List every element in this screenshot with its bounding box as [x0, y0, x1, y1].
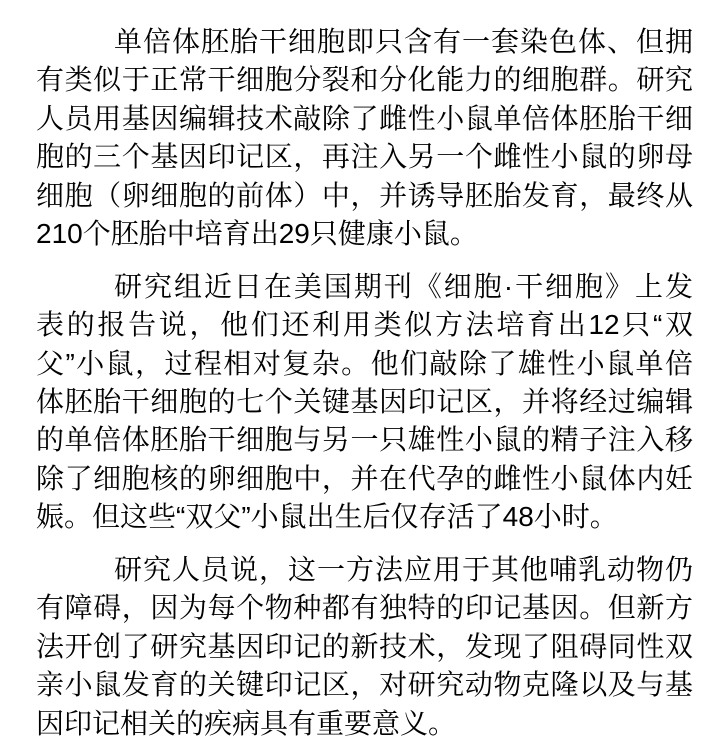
text-line: 娠。但这些“双父”小鼠出生后仅存活了48小时。 — [36, 498, 693, 536]
paragraph-3: 研究人员说，这一方法应用于其他哺乳动物仍有障碍，因为每个物种都有独特的印记基因。… — [36, 551, 693, 743]
text-line: 父”小鼠，过程相对复杂。他们敲除了雄性小鼠单倍 — [36, 345, 693, 383]
text-line: 表的报告说，他们还利用类似方法培育出12只“双 — [36, 306, 693, 344]
paragraph-2: 研究组近日在美国期刊《细胞·干细胞》上发表的报告说，他们还利用类似方法培育出12… — [36, 268, 693, 537]
text-line: 有类似于正常干细胞分裂和分化能力的细胞群。研究 — [36, 61, 693, 99]
article-page: 单倍体胚胎干细胞即只含有一套染色体、但拥有类似于正常干细胞分裂和分化能力的细胞群… — [0, 0, 720, 751]
text-line: 胞的三个基因印记区，再注入另一个雌性小鼠的卵母 — [36, 138, 693, 176]
text-line: 人员用基因编辑技术敲除了雌性小鼠单倍体胚胎干细 — [36, 100, 693, 138]
text-line: 有障碍，因为每个物种都有独特的印记基因。但新方 — [36, 589, 693, 627]
text-line: 因印记相关的疾病具有重要意义。 — [36, 705, 693, 743]
text-line: 细胞（卵细胞的前体）中，并诱导胚胎发育，最终从 — [36, 177, 693, 215]
text-line: 亲小鼠发育的关键印记区，对研究动物克隆以及与基 — [36, 666, 693, 704]
text-line: 除了细胞核的卵细胞中，并在代孕的雌性小鼠体内妊 — [36, 460, 693, 498]
text-line: 研究组近日在美国期刊《细胞·干细胞》上发 — [36, 268, 693, 306]
text-line: 单倍体胚胎干细胞即只含有一套染色体、但拥 — [36, 23, 693, 61]
article-text: 单倍体胚胎干细胞即只含有一套染色体、但拥有类似于正常干细胞分裂和分化能力的细胞群… — [36, 23, 693, 743]
text-line: 体胚胎干细胞的七个关键基因印记区，并将经过编辑 — [36, 383, 693, 421]
text-line: 的单倍体胚胎干细胞与另一只雄性小鼠的精子注入移 — [36, 421, 693, 459]
text-line: 法开创了研究基因印记的新技术，发现了阻碍同性双 — [36, 628, 693, 666]
text-line: 研究人员说，这一方法应用于其他哺乳动物仍 — [36, 551, 693, 589]
text-line: 210个胚胎中培育出29只健康小鼠。 — [36, 215, 693, 253]
paragraph-1: 单倍体胚胎干细胞即只含有一套染色体、但拥有类似于正常干细胞分裂和分化能力的细胞群… — [36, 23, 693, 253]
